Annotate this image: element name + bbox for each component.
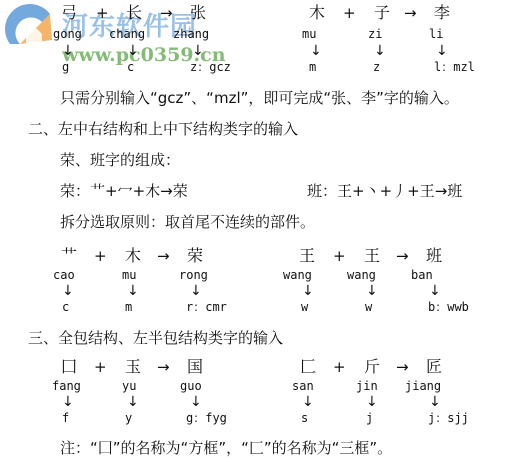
arrow-down-icon: ↓	[127, 284, 139, 298]
arrow-down-icon: ↓	[429, 395, 441, 409]
arrow-down-icon: ↓	[62, 44, 74, 58]
component-char: 弓	[61, 4, 77, 22]
result-char: 班	[426, 247, 442, 265]
pinyin: mu	[122, 268, 136, 282]
full-code: b：wwb	[428, 300, 469, 314]
arrow-right-icon: →	[404, 4, 417, 22]
arrow-down-icon: ↓	[374, 44, 386, 58]
code-letter: j	[366, 411, 373, 425]
pinyin: zi	[368, 27, 382, 41]
code-letter: g	[62, 60, 69, 74]
result-char: 李	[434, 4, 450, 22]
arrow-down-icon: ↓	[366, 284, 378, 298]
ban-formula: 班：王+丶+丿+王→班	[307, 182, 462, 200]
code-letter: f	[62, 411, 69, 425]
result-char: 荣	[187, 247, 203, 265]
code-letter: y	[125, 411, 132, 425]
pinyin: san	[292, 379, 314, 393]
code-letter: m	[309, 60, 316, 74]
result-char: 张	[190, 4, 206, 22]
pinyin: gong	[53, 27, 82, 41]
pinyin: ban	[411, 268, 433, 282]
section-heading-2: 二、左中右结构和上中下结构类字的输入	[28, 120, 298, 138]
component-char: 艹	[61, 247, 77, 265]
code-letter: m	[125, 300, 132, 314]
component-char: 囗	[61, 358, 77, 376]
full-code: z：gcz	[190, 60, 231, 74]
arrow-down-icon: ↓	[302, 284, 314, 298]
arrow-down-icon: ↓	[190, 395, 202, 409]
component-char: 木	[309, 4, 325, 22]
arrow-down-icon: ↓	[62, 395, 74, 409]
arrow-right-icon: →	[396, 247, 409, 265]
code-letter: c	[62, 300, 69, 314]
arrow-down-icon: ↓	[302, 395, 314, 409]
section-heading-3: 三、全包结构、左半包结构类字的输入	[28, 329, 283, 347]
rong-formula: 荣：艹+冖+木→荣	[60, 182, 188, 200]
arrow-down-icon: ↓	[127, 395, 139, 409]
plus-sign: +	[333, 247, 346, 265]
code-letter: s	[301, 411, 308, 425]
arrow-down-icon: ↓	[127, 44, 139, 58]
component-char: 子	[374, 4, 390, 22]
plus-sign: +	[333, 358, 346, 376]
pinyin: jin	[356, 379, 378, 393]
arrow-right-icon: →	[160, 4, 173, 22]
component-char: 木	[125, 247, 141, 265]
component-char: 长	[126, 4, 142, 22]
full-code: l：mzl	[434, 60, 475, 74]
pinyin: mu	[302, 27, 316, 41]
pinyin: fang	[52, 379, 81, 393]
arrow-down-icon: ↓	[190, 284, 202, 298]
code-letter: w	[301, 300, 308, 314]
split-rule: 拆分选取原则：取首尾不连续的部件。	[60, 213, 315, 231]
arrow-down-icon: ↓	[366, 395, 378, 409]
pinyin: jiang	[405, 379, 441, 393]
pinyin: chang	[109, 27, 145, 41]
pinyin: wang	[347, 268, 376, 282]
code-letter: c	[127, 60, 134, 74]
arrow-down-icon: ↓	[429, 284, 441, 298]
code-letter: w	[365, 300, 372, 314]
component-char: 斤	[364, 358, 380, 376]
plus-sign: +	[94, 247, 107, 265]
pinyin: guo	[180, 379, 202, 393]
arrow-right-icon: →	[157, 247, 170, 265]
pinyin: li	[429, 27, 443, 41]
pinyin: cao	[53, 268, 75, 282]
full-code: r：cmr	[186, 300, 227, 314]
arrow-down-icon: ↓	[192, 44, 204, 58]
component-char: 王	[299, 247, 315, 265]
plus-sign: +	[96, 4, 109, 22]
result-char: 匠	[426, 358, 442, 376]
arrow-right-icon: →	[396, 358, 409, 376]
full-code: j：sjj	[428, 411, 469, 425]
pinyin: yu	[122, 379, 136, 393]
full-code: g：fyg	[186, 411, 227, 425]
component-char: 匚	[300, 358, 316, 376]
component-char: 王	[364, 247, 380, 265]
arrow-right-icon: →	[157, 358, 170, 376]
input-note: 只需分别输入“gcz”、“mzl”，即可完成“张、李”字的输入。	[60, 89, 459, 107]
section-subtitle: 荣、班字的组成：	[60, 151, 180, 169]
pinyin: zhang	[173, 27, 209, 41]
plus-sign: +	[94, 358, 107, 376]
frame-name-note: 注：“囗”的名称为“方框”，“匚”的名称为“三框”。	[60, 439, 392, 457]
arrow-down-icon: ↓	[62, 284, 74, 298]
arrow-down-icon: ↓	[310, 44, 322, 58]
component-char: 玉	[125, 358, 141, 376]
pinyin: wang	[283, 268, 312, 282]
result-char: 国	[187, 358, 203, 376]
arrow-down-icon: ↓	[436, 44, 448, 58]
plus-sign: +	[343, 4, 356, 22]
pinyin: rong	[179, 268, 208, 282]
code-letter: z	[373, 60, 380, 74]
